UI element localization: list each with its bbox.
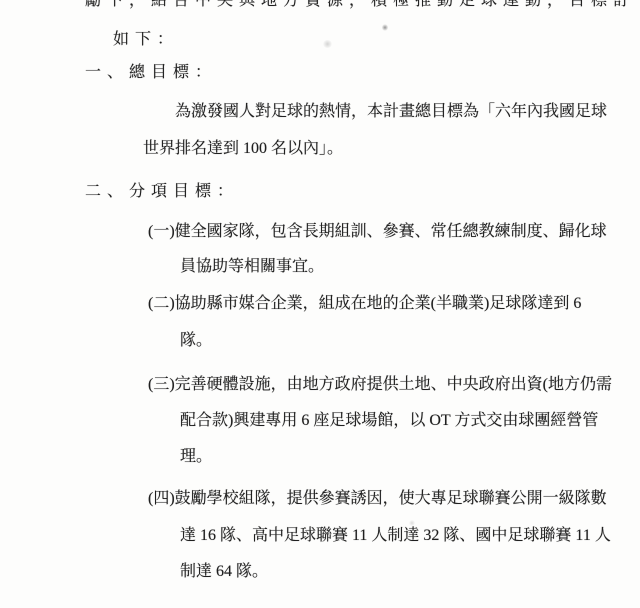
sub-goal-4-line-3: 制達 64 隊。 bbox=[180, 562, 268, 581]
overall-goal-heading: 一、總目標： bbox=[85, 63, 217, 82]
sub-goal-4-line-2: 達 16 隊、高中足球聯賽 11 人制達 32 隊、國中足球聯賽 11 人 bbox=[180, 526, 611, 545]
sub-goal-1-line-1: (一)健全國家隊，包含長期組訓、參賽、常任總教練制度、歸化球 bbox=[148, 222, 607, 241]
scan-speck bbox=[382, 24, 388, 31]
sub-goal-3-line-1: (三)完善硬體設施，由地方政府提供土地、中央政府出資(地方仍需 bbox=[148, 375, 612, 394]
overall-goal-line-1: 為激發國人對足球的熱情，本計畫總目標為「六年內我國足球 bbox=[175, 102, 607, 121]
sub-goal-2-line-1: (二)協助縣市媒合企業，組成在地的企業(半職業)足球隊達到 6 bbox=[148, 294, 581, 313]
clipped-top-line: 勵下，結合中央與地方資源，積極推動足球運動，目標訂 bbox=[85, 0, 635, 10]
sub-goals-heading: 二、分項目標： bbox=[85, 182, 239, 201]
scan-speck bbox=[323, 40, 332, 48]
sub-goal-1-line-2: 員協助等相關事宜。 bbox=[180, 257, 324, 276]
overall-goal-line-2: 世界排名達到 100 名以內」。 bbox=[143, 139, 343, 158]
intro-tail-line: 如下： bbox=[113, 30, 179, 49]
sub-goal-3-line-3: 理。 bbox=[180, 447, 212, 466]
sub-goal-3-line-2: 配合款)興建專用 6 座足球場館，以 OT 方式交由球團經營管 bbox=[180, 411, 598, 430]
sub-goal-4-line-1: (四)鼓勵學校組隊，提供參賽誘因，使大專足球聯賽公開一級隊數 bbox=[148, 489, 607, 508]
scanned-document-page: 勵下，結合中央與地方資源，積極推動足球運動，目標訂 如下： 一、總目標： 為激發… bbox=[0, 0, 640, 608]
sub-goal-2-line-2: 隊。 bbox=[180, 331, 212, 350]
